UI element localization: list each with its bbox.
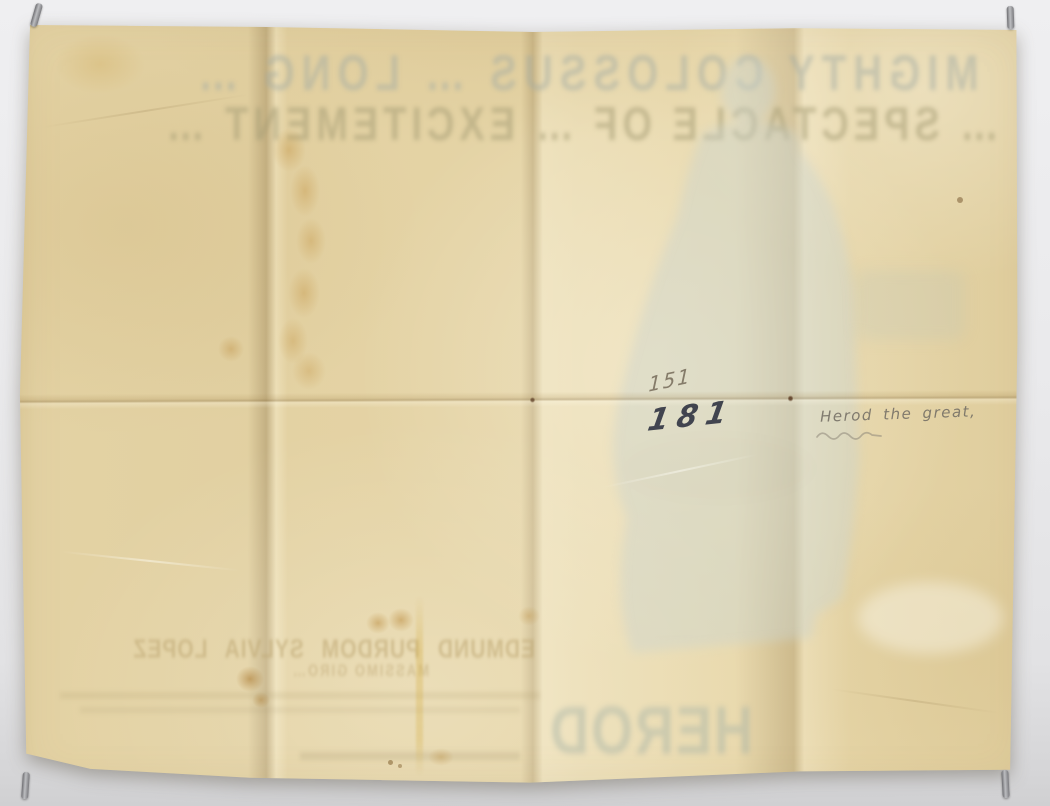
pencil-scribble: [814, 428, 886, 443]
pinhole: [530, 397, 535, 403]
pinhole: [788, 395, 793, 402]
photo-backdrop: MIGHTY COLOSSUS … LONG … … SPECTACLE OF …: [0, 0, 1050, 806]
edge-darkening: [0, 0, 1050, 806]
pin-bottom-right: [1001, 770, 1009, 798]
poster-paper-back: MIGHTY COLOSSUS … LONG … … SPECTACLE OF …: [0, 0, 1050, 806]
pin-top-right: [1007, 6, 1015, 29]
poster-shadow-wrap: MIGHTY COLOSSUS … LONG … … SPECTACLE OF …: [0, 0, 1050, 806]
